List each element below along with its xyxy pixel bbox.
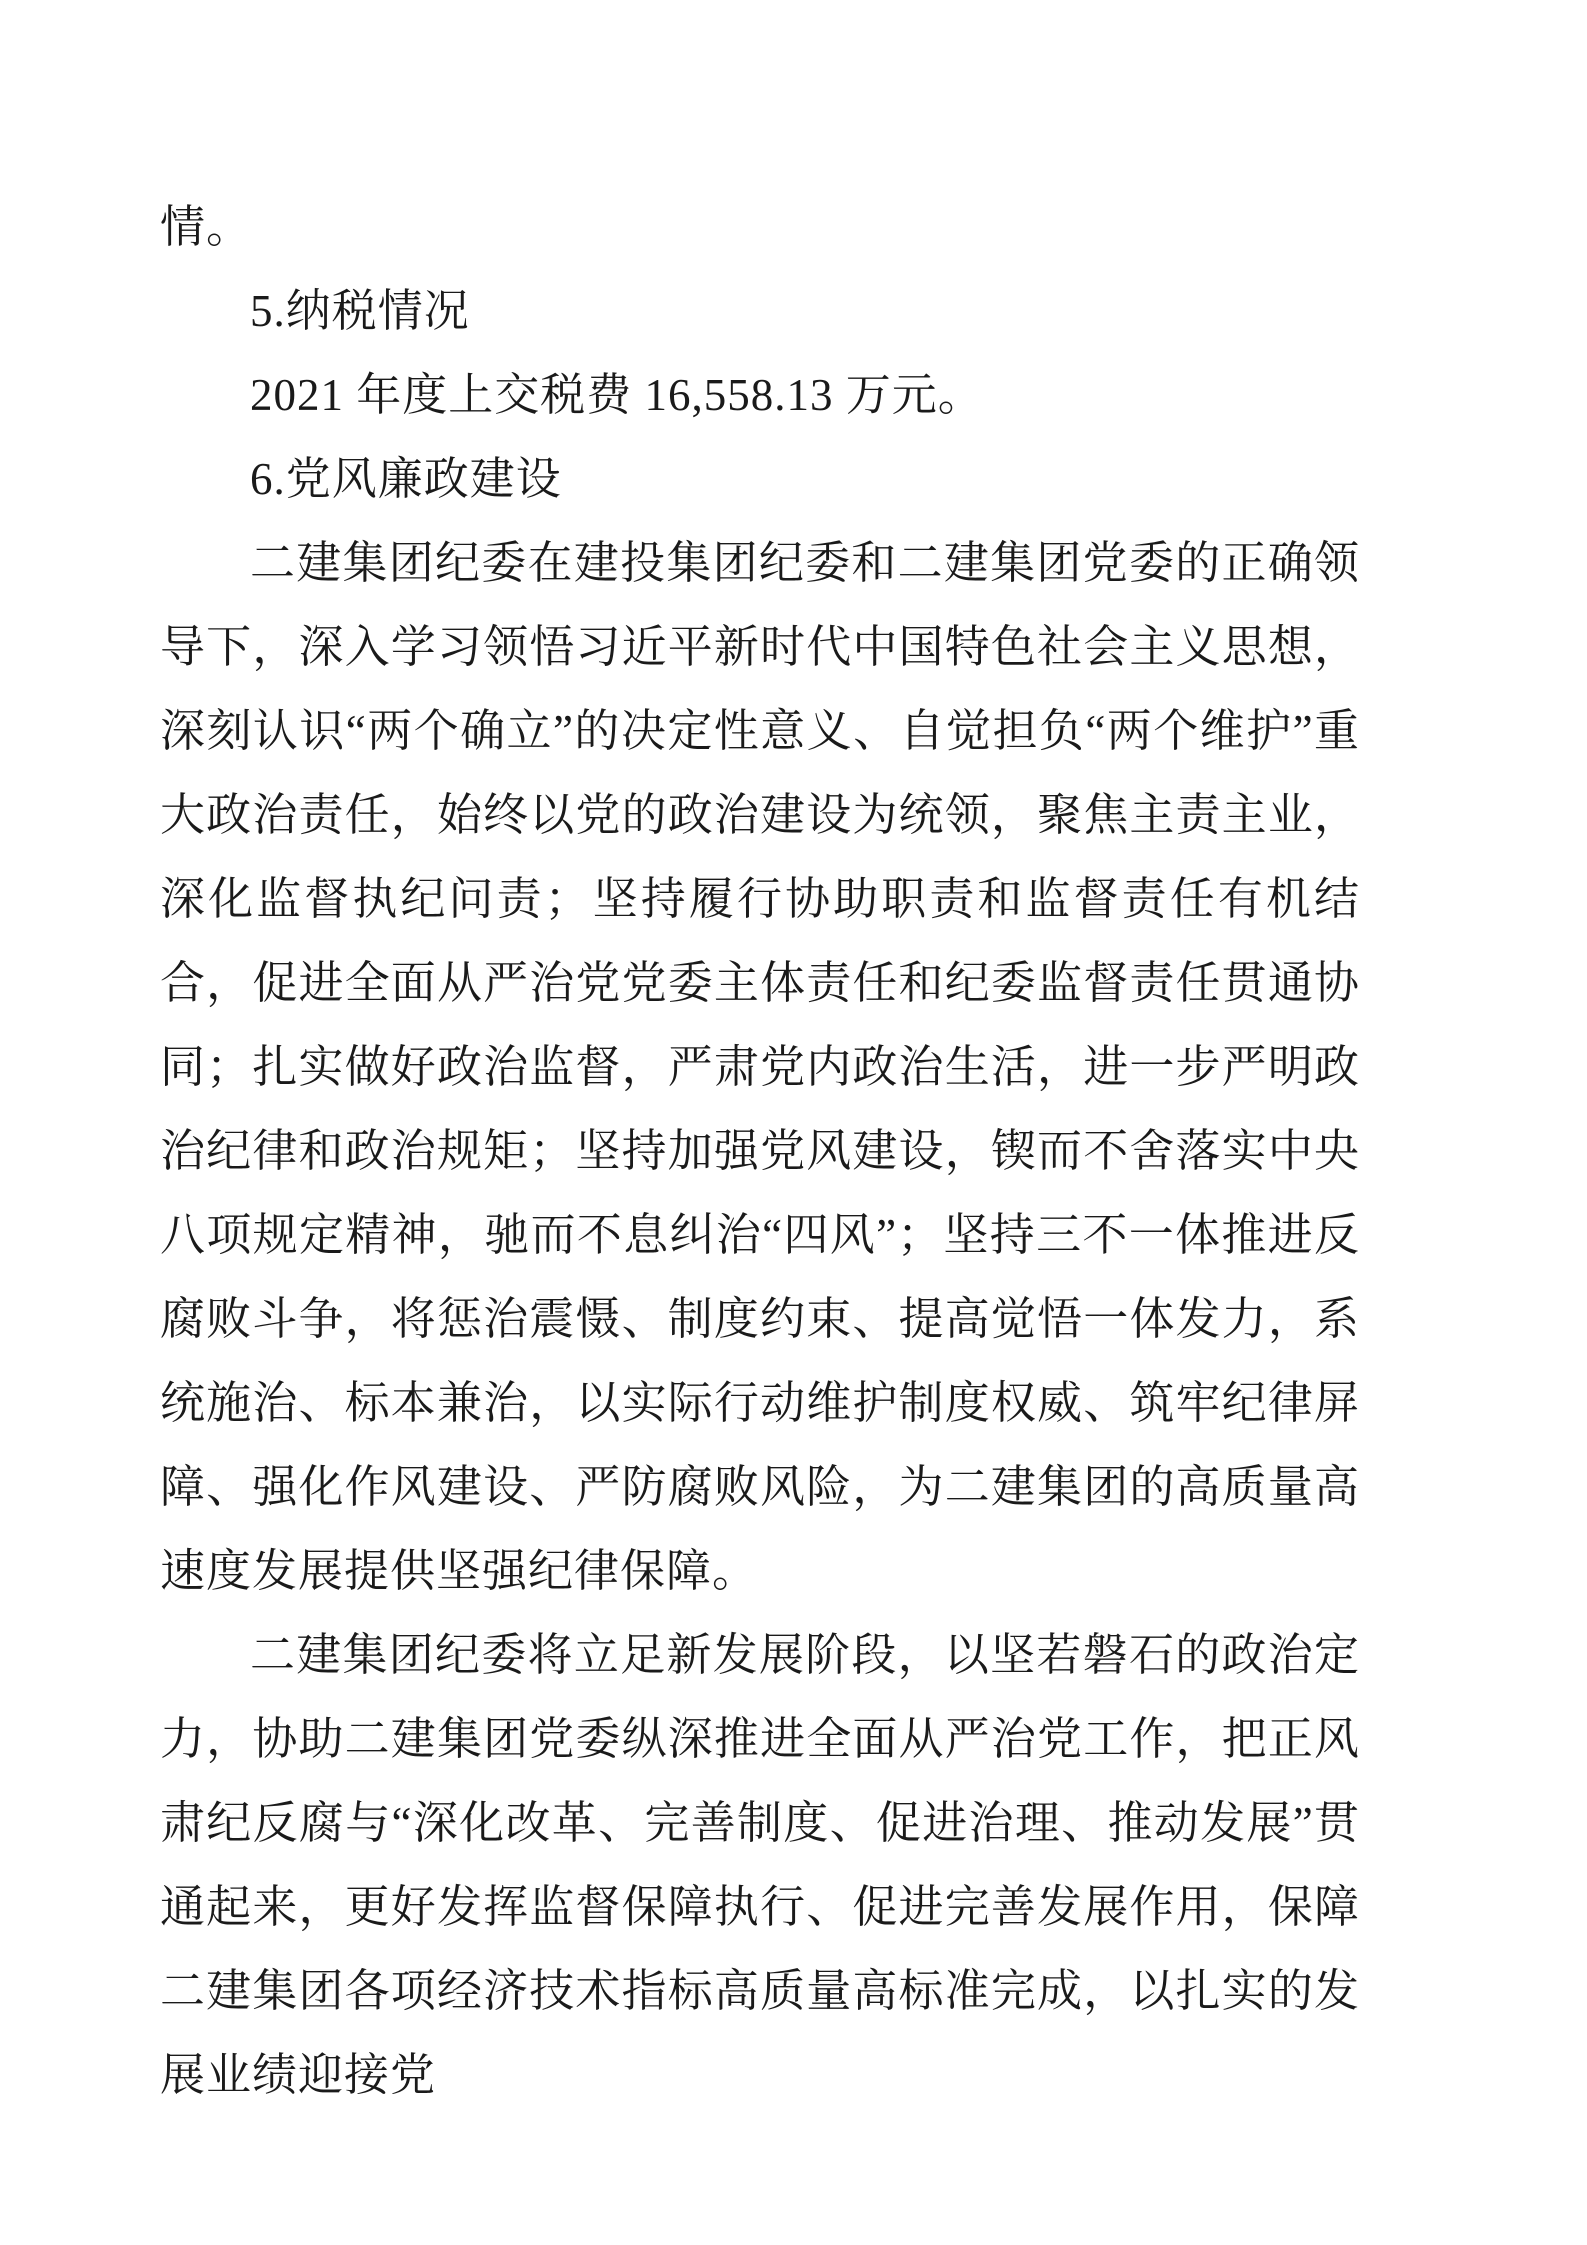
paragraph-party-conduct-body: 二建集团纪委在建投集团纪委和二建集团党委的正确领导下，深入学习领悟习近平新时代中… xyxy=(160,521,1360,1613)
heading-tax-section: 5.纳税情况 xyxy=(160,269,1360,353)
heading-party-conduct-section: 6.党风廉政建设 xyxy=(160,437,1360,521)
paragraph-tax-figure: 2021 年度上交税费 16,558.13 万元。 xyxy=(160,353,1360,437)
paragraph-continuation-tail: 情。 xyxy=(160,185,1360,269)
document-page: 情。 5.纳税情况 2021 年度上交税费 16,558.13 万元。 6.党风… xyxy=(0,0,1587,2245)
paragraph-outlook-body: 二建集团纪委将立足新发展阶段，以坚若磐石的政治定力，协助二建集团党委纵深推进全面… xyxy=(160,1613,1360,2117)
